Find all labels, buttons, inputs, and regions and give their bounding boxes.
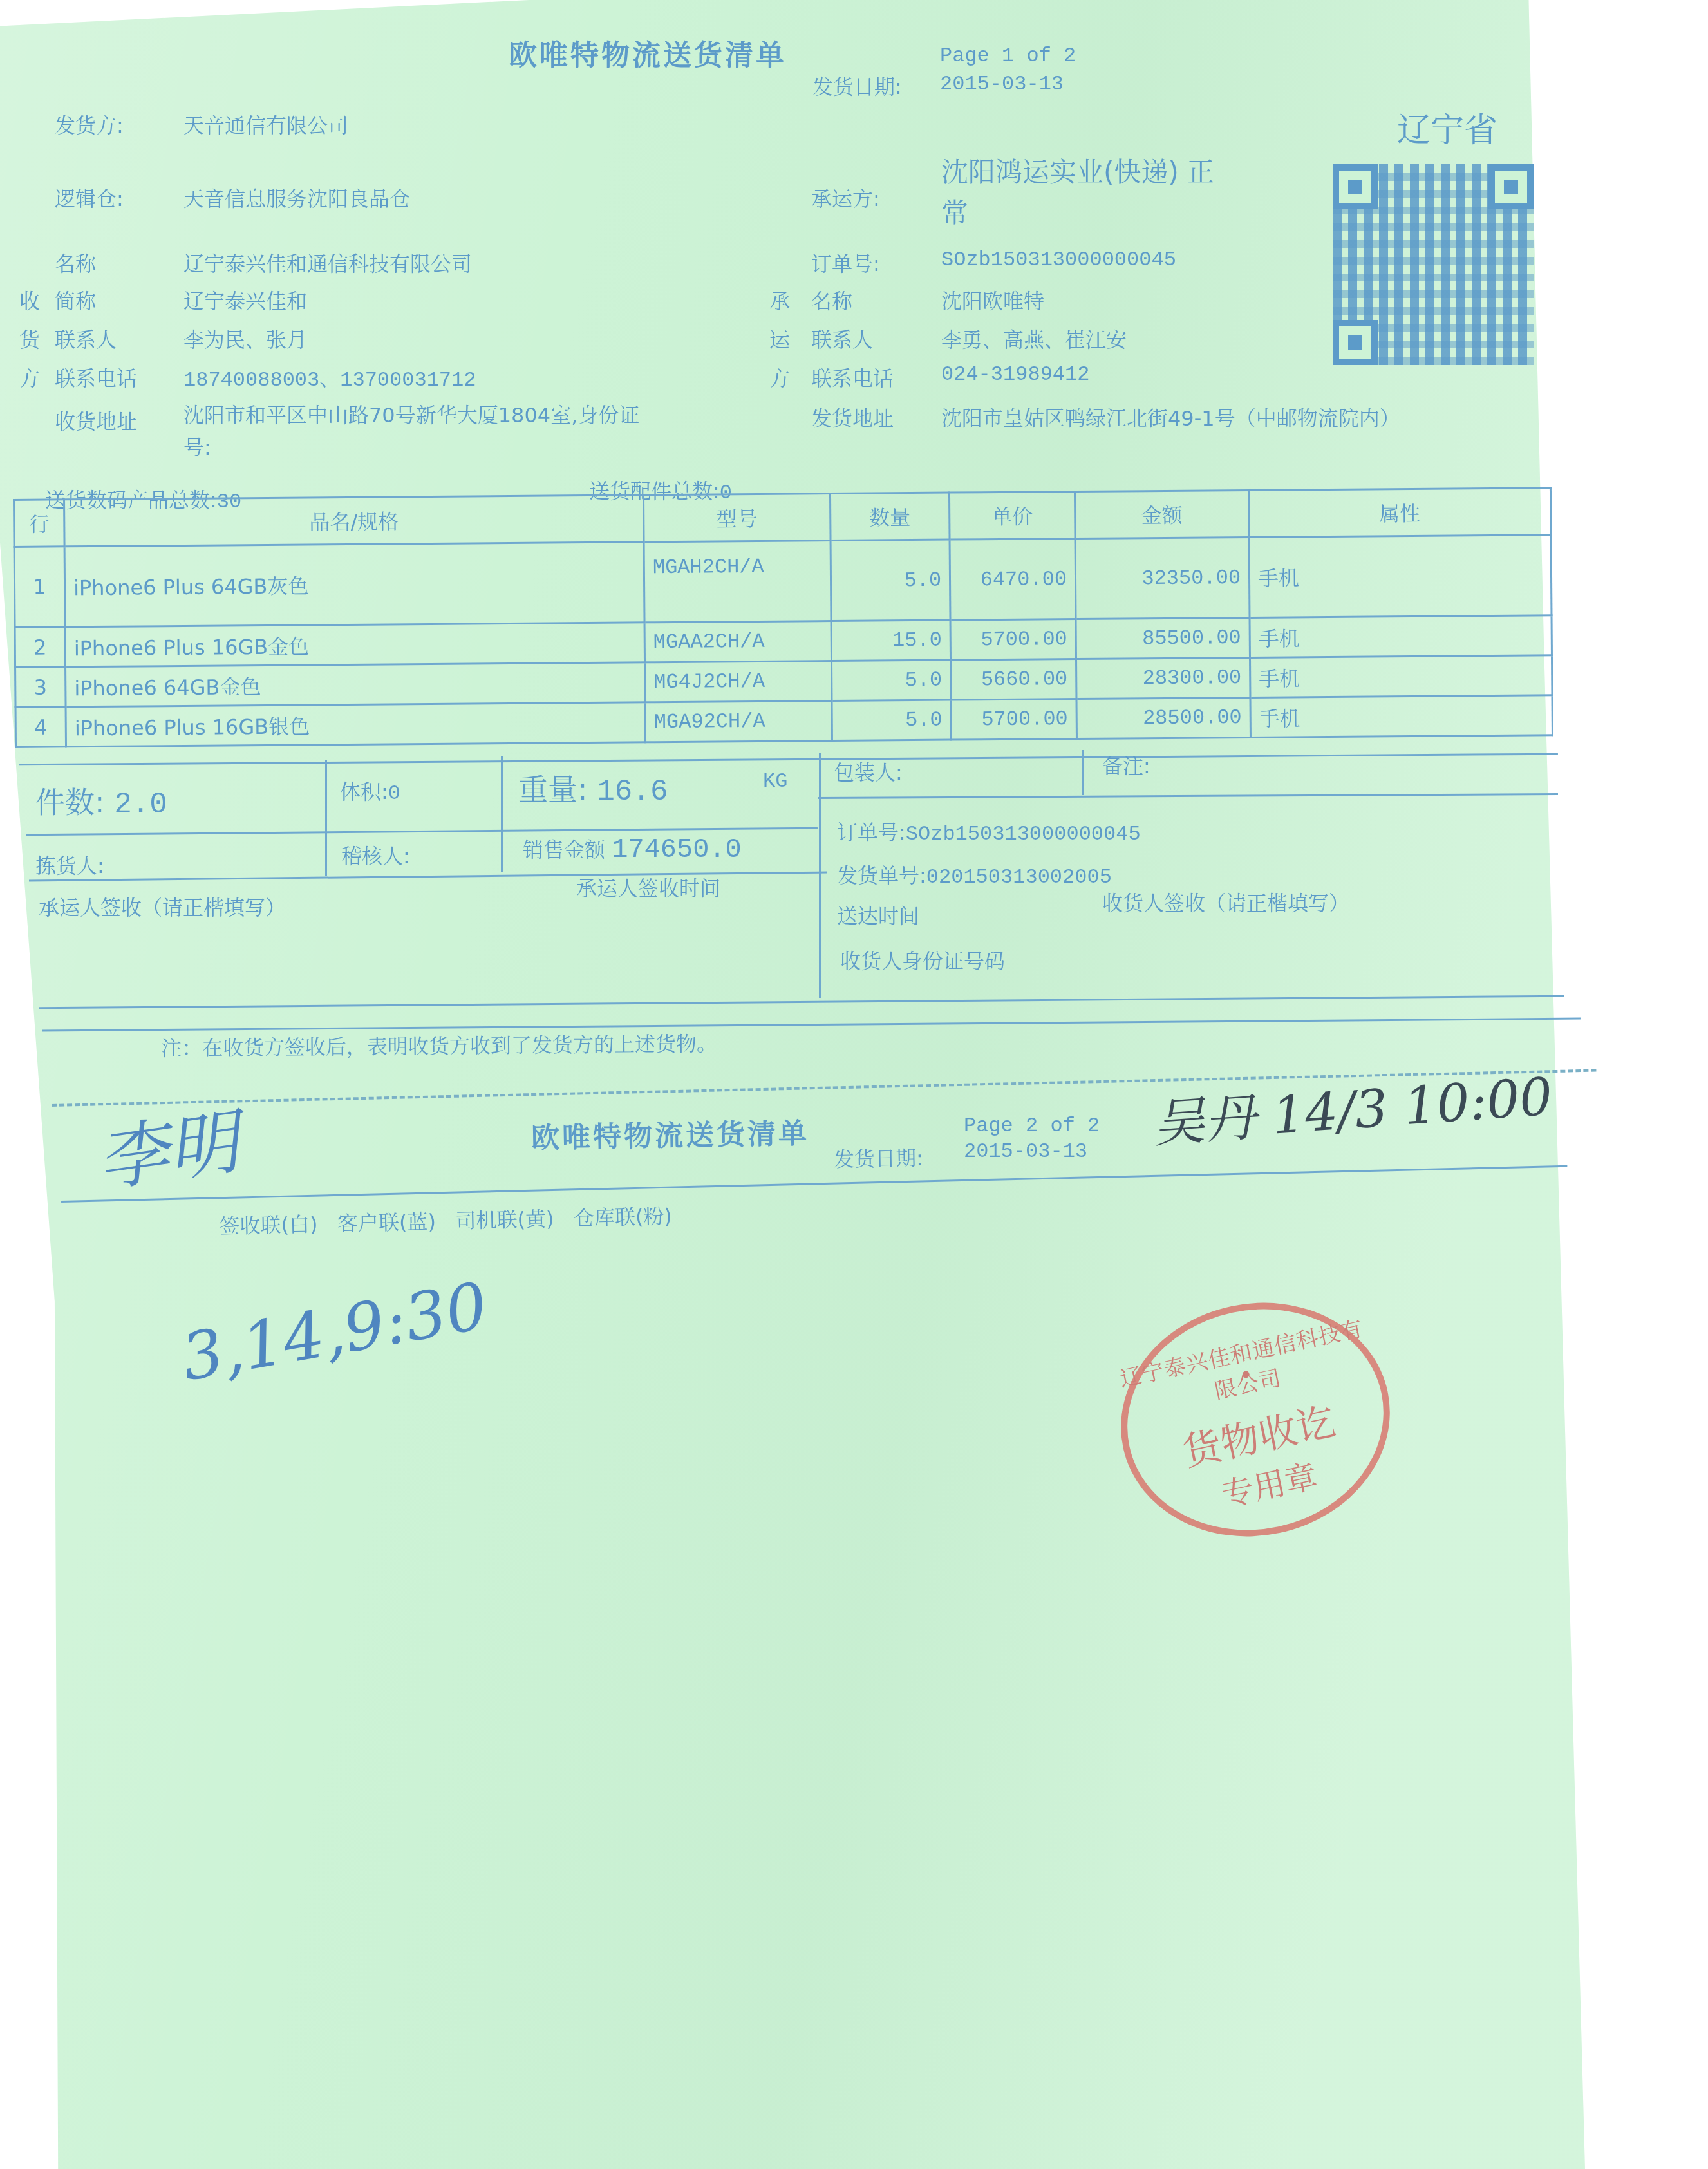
carrier-name: 沈阳欧唯特 bbox=[941, 285, 1044, 315]
warehouse-label: 逻辑仓: bbox=[55, 183, 124, 212]
copy-label-warehouse: 仓库联(粉) bbox=[573, 1204, 672, 1230]
col-price: 单价 bbox=[949, 492, 1075, 540]
carrier-side-label-3: 方 bbox=[769, 362, 790, 392]
order-no-label: 订单号: bbox=[811, 248, 880, 277]
shipper-value: 天音通信有限公司 bbox=[183, 109, 348, 139]
divider bbox=[501, 756, 503, 872]
carrier-phone-label: 联系电话 bbox=[811, 362, 894, 392]
consignee-id-label: 收货人身份证号码 bbox=[840, 945, 1005, 975]
carrier-side-label-2: 运 bbox=[769, 324, 790, 353]
carrier-name-label: 名称 bbox=[811, 285, 852, 315]
ship-no: 发货单号:020150313002005 bbox=[837, 859, 1112, 889]
page2-ship-date-label: 发货日期: bbox=[834, 1142, 924, 1173]
divider bbox=[1082, 750, 1084, 795]
province-label: 辽宁省 bbox=[1397, 103, 1497, 151]
warehouse-value: 天音信息服务沈阳良品仓 bbox=[183, 183, 410, 212]
qr-finder-icon bbox=[1333, 320, 1378, 365]
page2-title: 欧唯特物流送货清单 bbox=[530, 1110, 809, 1156]
col-name: 品名/规格 bbox=[64, 495, 644, 547]
qr-code bbox=[1333, 164, 1534, 365]
qr-finder-icon bbox=[1333, 164, 1378, 209]
consignee-side-label-2: 货 bbox=[19, 324, 40, 353]
page2-page-indicator: Page 2 of 2 bbox=[964, 1114, 1100, 1138]
page1-page-indicator: Page 1 of 2 bbox=[940, 44, 1076, 68]
divider bbox=[325, 760, 327, 876]
copy-label-customer: 客户联(蓝) bbox=[337, 1209, 436, 1235]
carrier-address: 沈阳市皇姑区鸭绿江北街49-1号（中邮物流院内） bbox=[941, 402, 1400, 432]
divider bbox=[819, 753, 821, 998]
page1-ship-date-label: 发货日期: bbox=[812, 71, 902, 100]
consignee-address-line1: 沈阳市和平区中山路70号新华大厦1804室,身份证 bbox=[183, 399, 639, 429]
packer-label: 包装人: bbox=[834, 756, 903, 786]
carrier-value-line1: 沈阳鸿运实业(快递) 正 bbox=[941, 151, 1214, 190]
remark-label: 备注: bbox=[1102, 750, 1150, 780]
consignee-contact: 李为民、张月 bbox=[183, 324, 307, 353]
auditor-label: 稽核人: bbox=[341, 840, 410, 870]
col-qty: 数量 bbox=[830, 493, 950, 540]
consignee-address-line2: 号: bbox=[183, 431, 211, 461]
summary-order-no: 订单号:SOzb150313000000045 bbox=[837, 816, 1141, 846]
carrier-sign-label: 承运人签收（请正楷填写） bbox=[39, 892, 286, 921]
order-no-value: SOzb150313000000045 bbox=[941, 248, 1176, 272]
sales-amount-field: 销售金额 174650.0 bbox=[523, 834, 742, 865]
carrier-contact: 李勇、高燕、崔江安 bbox=[941, 324, 1127, 353]
consignee-phone: 18740088003、13700031712 bbox=[183, 362, 476, 392]
copy-label-driver: 司机联(黄) bbox=[455, 1207, 554, 1233]
receipt-note: 注：在收货方签收后，表明收货方收到了发货方的上述货物。 bbox=[161, 1028, 717, 1062]
items-table: 行 品名/规格 型号 数量 单价 金额 属性 1 iPhone6 Plus 64… bbox=[13, 487, 1553, 748]
carrier-phone: 024-31989412 bbox=[941, 362, 1089, 386]
picker-label: 拣货人: bbox=[35, 850, 104, 879]
shipper-label: 发货方: bbox=[55, 109, 124, 139]
page1-title: 欧唯特物流送货清单 bbox=[509, 32, 787, 73]
consignee-sign-label: 收货人签收（请正楷填写） bbox=[1102, 887, 1349, 917]
col-attr: 属性 bbox=[1248, 488, 1551, 538]
weight-unit: KG bbox=[763, 769, 787, 793]
carrier-side-label-1: 承 bbox=[769, 285, 790, 315]
page1-ship-date: 2015-03-13 bbox=[940, 72, 1064, 96]
weight-field: 重量: 16.6 bbox=[518, 766, 668, 809]
consignee-phone-label: 联系电话 bbox=[55, 362, 137, 392]
consignee-address-label: 收货地址 bbox=[55, 406, 137, 435]
carrier-contact-label: 联系人 bbox=[811, 324, 873, 353]
handwritten-signature-left: 李明 bbox=[90, 1085, 245, 1205]
page2-ship-date: 2015-03-13 bbox=[964, 1140, 1087, 1163]
carrier-label: 承运方: bbox=[811, 183, 880, 212]
carrier-address-label: 发货地址 bbox=[811, 402, 894, 432]
consignee-short: 辽宁泰兴佳和 bbox=[183, 285, 307, 315]
consignee-contact-label: 联系人 bbox=[55, 324, 117, 353]
col-amount: 金额 bbox=[1075, 490, 1249, 538]
table-row: 1 iPhone6 Plus 64GB灰色 MGAH2CH/A 5.0 6470… bbox=[14, 535, 1552, 628]
copy-label-sign: 签收联(白) bbox=[219, 1212, 318, 1239]
carrier-value-line2: 常 bbox=[941, 192, 968, 230]
consignee-side-label-1: 收 bbox=[19, 285, 40, 315]
qr-finder-icon bbox=[1488, 164, 1534, 209]
pieces-field: 件数: 2.0 bbox=[35, 779, 167, 822]
consignee-side-label-3: 方 bbox=[19, 362, 40, 392]
col-line: 行 bbox=[14, 500, 65, 547]
consignee-name-label: 名称 bbox=[55, 248, 96, 277]
consignee-name: 辽宁泰兴佳和通信科技有限公司 bbox=[183, 248, 472, 277]
col-model: 型号 bbox=[643, 494, 831, 542]
delivery-time-label: 送达时间 bbox=[837, 900, 919, 930]
volume-field: 体积:0 bbox=[340, 776, 400, 805]
carrier-sign-time-label: 承运人签收时间 bbox=[576, 872, 720, 902]
consignee-short-label: 简称 bbox=[55, 285, 96, 315]
